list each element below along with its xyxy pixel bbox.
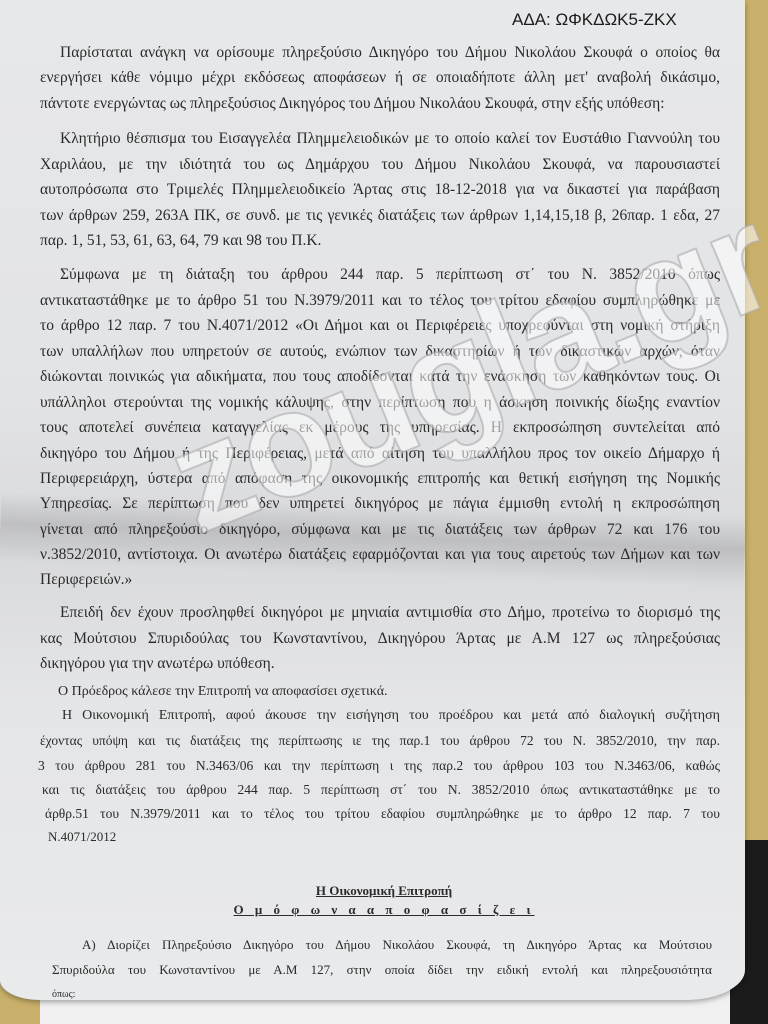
document-line: Παρίσταται ανάγκη να ορίσουμε πληρεξούσι… bbox=[60, 43, 720, 63]
document-line: Κλητήριο θέσπισμα του Εισαγγελέα Πλημμελ… bbox=[60, 129, 720, 149]
document-line: των υπαλλήλων που υπηρετούν σε αυτούς, ε… bbox=[40, 342, 720, 362]
document-line: Υπηρεσίας. Σε περίπτωση που δεν υπηρετεί… bbox=[40, 494, 720, 514]
committee-heading: Η Οικονομική Επιτροπή bbox=[0, 883, 768, 899]
document-line: των άρθρων 259, 263Α ΠΚ, σε συνδ. με τις… bbox=[40, 206, 720, 226]
document-line: κας Μούτσιου Σπυριδούλας του Κωνσταντίνο… bbox=[40, 629, 720, 649]
document-line: αντικαταστάθηκε με το άρθρο 51 του Ν.397… bbox=[40, 291, 720, 311]
document-line: έχοντας υπόψη και τις διατάξεις της περί… bbox=[40, 731, 720, 751]
document-line: διώκονται ποινικώς για αδικήματα, που το… bbox=[40, 367, 720, 387]
document-ada-code: ΑΔΑ: ΩΦΚΔΩΚ5-ΖΚΧ bbox=[512, 10, 677, 30]
document-line: αυτοπρόσωπα στο Τριμελές Πλημμελειοδικεί… bbox=[40, 180, 720, 200]
document-line: Σύμφωνα με τη διάταξη του άρθρου 244 παρ… bbox=[60, 265, 720, 285]
document-line: Ν.4071/2012 bbox=[48, 827, 116, 847]
document-line: Η Οικονομική Επιτροπή, αφού άκουσε την ε… bbox=[62, 706, 720, 726]
document-line: Χαριλάου, με την ιδιότητά του ως Δημάρχο… bbox=[40, 155, 720, 175]
document-line: Ο Πρόεδρος κάλεσε την Επιτροπή να αποφασ… bbox=[58, 682, 388, 702]
document-line: Περιφερειών.» bbox=[40, 570, 132, 590]
document-line: το άρθρο 12 παρ. 7 του Ν.4071/2012 «Οι Δ… bbox=[40, 316, 720, 336]
document-line: υπάλληλοι στερούνται της νομικής κάλυψης… bbox=[40, 393, 720, 413]
document-line: ν.3852/2010, αντίστοιχα. Οι ανωτέρω διατ… bbox=[40, 545, 720, 565]
document-line: άρθρ.51 του Ν.3979/2011 και το τέλος του… bbox=[45, 804, 720, 824]
document-line: 3 του άρθρου 281 του Ν.3463/06 και την π… bbox=[38, 756, 720, 776]
document-line: τους αποτελεί συνέπεια καταγγελίας εκ μέ… bbox=[40, 418, 720, 438]
document-line: γίνεται από πληρεξούσιο δικηγόρο, σύμφων… bbox=[40, 520, 720, 540]
document-page: ΑΔΑ: ΩΦΚΔΩΚ5-ΖΚΧ Παρίσταται ανάγκη να ορ… bbox=[0, 0, 745, 1000]
document-line: πάντοτε ενεργώντας ως πληρεξούσιος Δικηγ… bbox=[40, 94, 665, 114]
document-line: και τις διατάξεις του άρθρου 244 παρ. 5 … bbox=[42, 780, 720, 800]
document-line: δικηγόρου για την ανωτέρω υπόθεση. bbox=[40, 654, 275, 674]
document-line: Επειδή δεν έχουν προσληφθεί δικηγόροι με… bbox=[60, 603, 720, 623]
decision-line: όπως: bbox=[52, 985, 75, 1005]
document-line: ενεργήσει κάθε νόμιμο μέχρι εκδόσεως απο… bbox=[40, 68, 720, 88]
decision-line: Σπυριδούλα του Κωνσταντίνου με Α.Μ 127, … bbox=[52, 960, 712, 980]
document-line: δικηγόρο του Δήμου ή της Περιφέρειας, με… bbox=[40, 444, 720, 464]
document-line: Περιφερειάρχη, ύστερα από απόφαση της οι… bbox=[40, 469, 720, 489]
document-line: παρ. 1, 51, 53, 61, 63, 64, 79 και 98 το… bbox=[40, 231, 321, 251]
decision-line: Α) Διορίζει Πληρεξούσιο Δικηγόρο του Δήμ… bbox=[82, 935, 712, 955]
decision-heading: Ο μ ό φ ω ν α α π ο φ α σ ί ζ ε ι bbox=[0, 902, 768, 918]
